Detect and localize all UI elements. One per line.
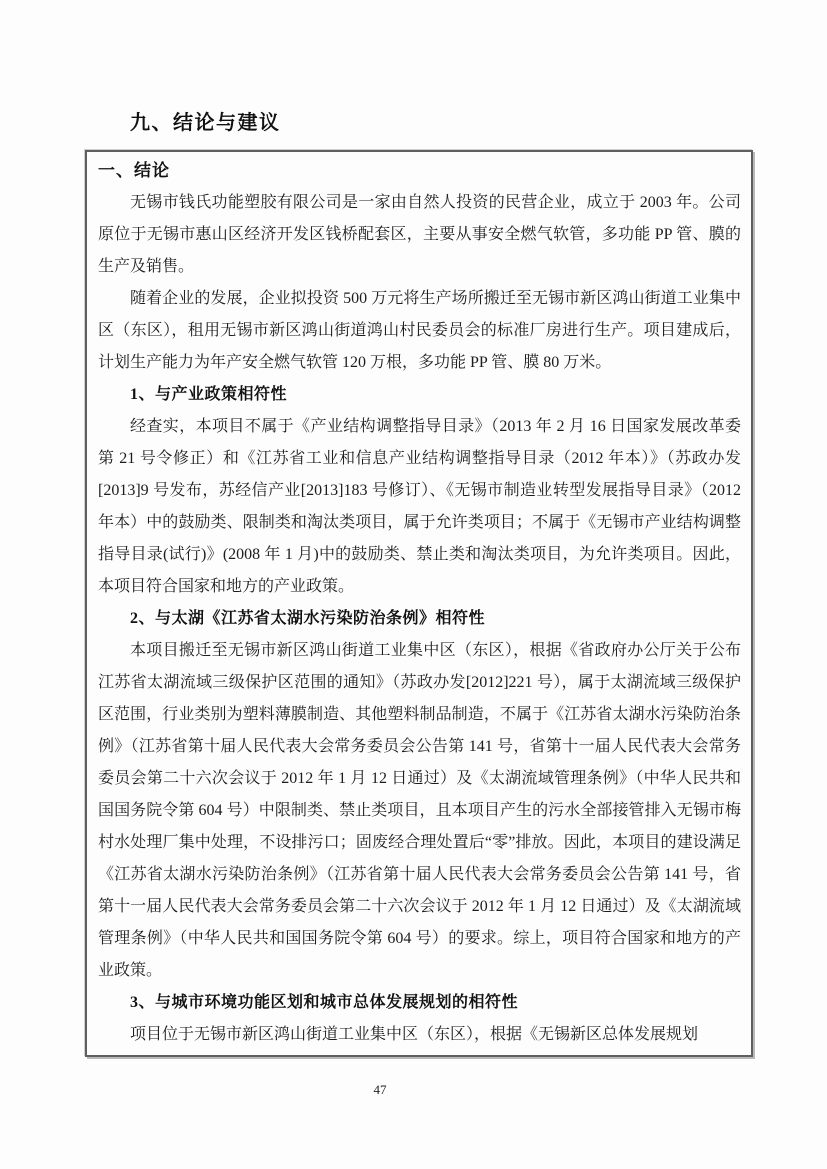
subheading-taihu-regulation: 2、与太湖《江苏省太湖水污染防治条例》相符性 [98, 603, 741, 635]
document-page: 九、结论与建议 一、结论 无锡市钱氏功能塑胶有限公司是一家由自然人投资的民营企业… [0, 0, 827, 1169]
page-number: 47 [355, 1082, 405, 1098]
paragraph-urban-planning: 项目位于无锡市新区鸿山街道工业集中区（东区），根据《无锡新区总体发展规划 [98, 1019, 741, 1051]
subheading-industrial-policy: 1、与产业政策相符性 [98, 379, 741, 411]
chapter-title: 九、结论与建议 [130, 106, 281, 135]
paragraph-taihu-regulation: 本项目搬迁至无锡市新区鸿山街道工业集中区（东区），根据《省政府办公厅关于公布江苏… [98, 635, 741, 987]
section-heading-conclusion: 一、结论 [98, 155, 741, 187]
subheading-urban-planning: 3、与城市环境功能区划和城市总体发展规划的相符性 [98, 987, 741, 1019]
paragraph-relocation-plan: 随着企业的发展，企业拟投资 500 万元将生产场所搬迁至无锡市新区鸿山街道工业集… [98, 283, 741, 379]
paragraph-company-intro: 无锡市钱氏功能塑胶有限公司是一家由自然人投资的民营企业，成立于 2003 年。公… [98, 187, 741, 283]
paragraph-industrial-policy: 经查实，本项目不属于《产业结构调整指导目录》（2013 年 2 月 16 日国家… [98, 411, 741, 603]
conclusion-box: 一、结论 无锡市钱氏功能塑胶有限公司是一家由自然人投资的民营企业，成立于 200… [85, 150, 753, 1057]
